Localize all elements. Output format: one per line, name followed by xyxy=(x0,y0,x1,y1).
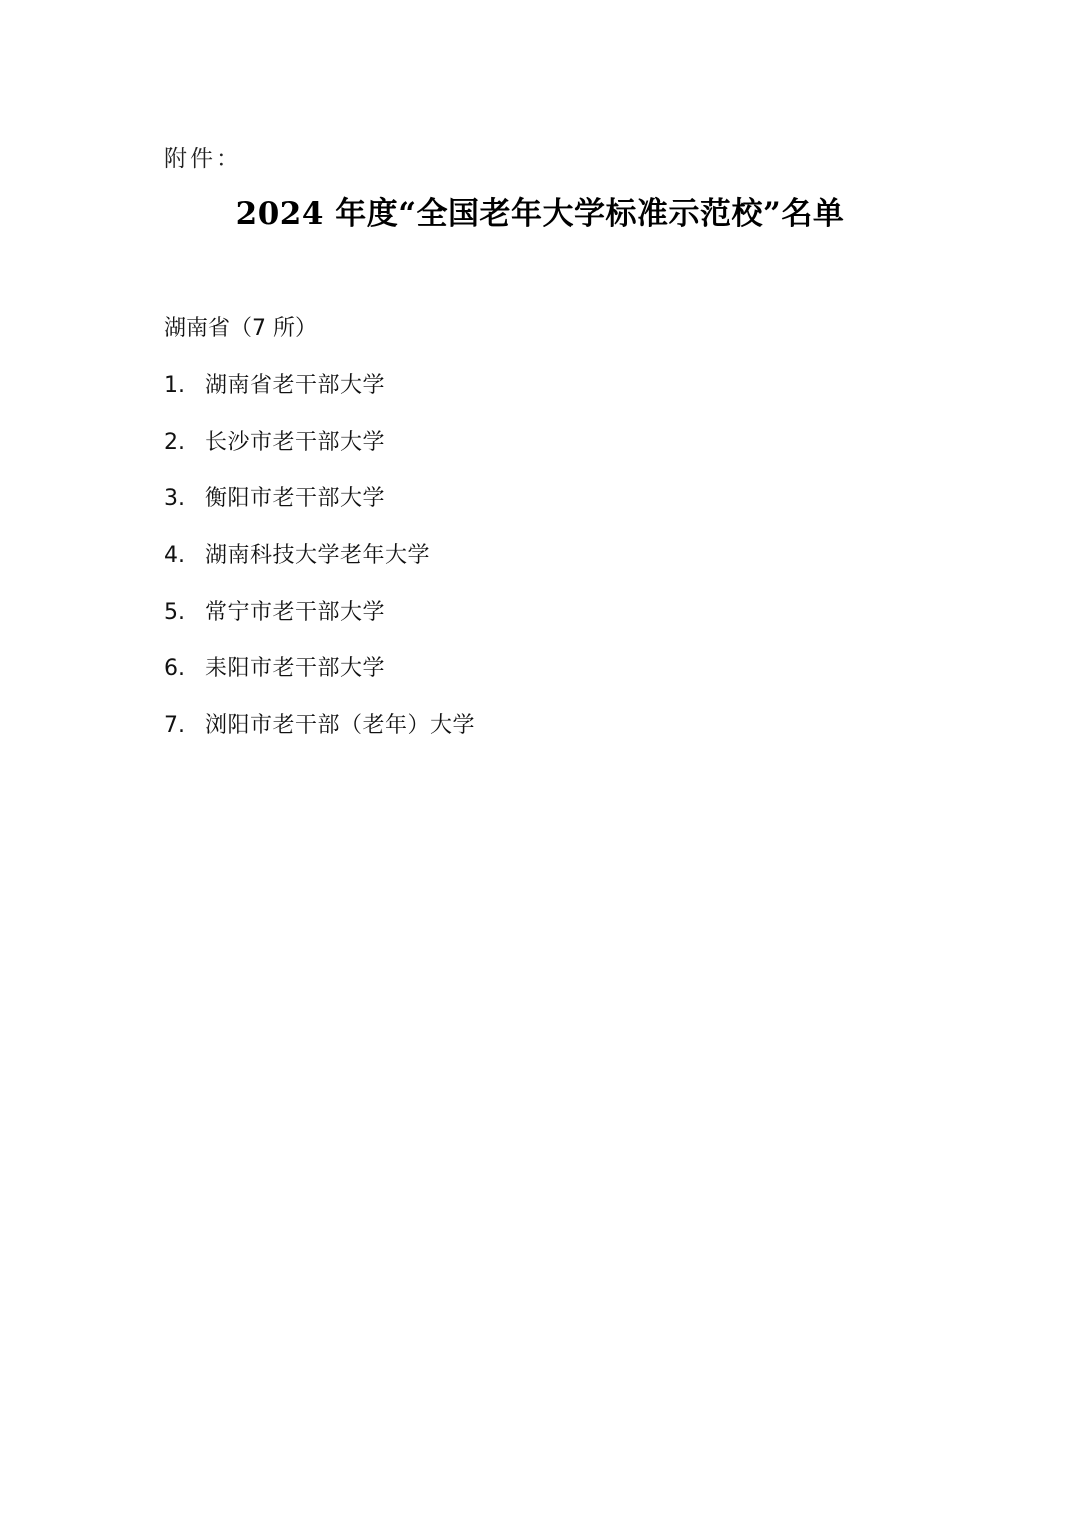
attachment-label: 附件： xyxy=(164,143,242,175)
school-name: 衡阳市老干部大学 xyxy=(205,482,385,516)
school-name: 耒阳市老干部大学 xyxy=(205,652,385,686)
item-number: 4. xyxy=(164,539,205,573)
list-item: 2. 长沙市老干部大学 xyxy=(164,426,475,483)
item-number: 2. xyxy=(164,426,205,460)
school-name: 长沙市老干部大学 xyxy=(205,426,385,460)
list-item: 1. 湖南省老干部大学 xyxy=(164,369,475,426)
province-heading: 湖南省（7 所） xyxy=(164,312,317,346)
item-number: 6. xyxy=(164,652,205,686)
item-number: 5. xyxy=(164,596,205,630)
school-name: 常宁市老干部大学 xyxy=(205,596,385,630)
list-item: 7. 浏阳市老干部（老年）大学 xyxy=(164,709,475,766)
document-title: 2024 年度“全国老年大学标准示范校”名单 xyxy=(0,190,1080,238)
school-name: 浏阳市老干部（老年）大学 xyxy=(205,709,475,743)
school-name: 湖南科技大学老年大学 xyxy=(205,539,430,573)
school-list: 1. 湖南省老干部大学 2. 长沙市老干部大学 3. 衡阳市老干部大学 4. 湖… xyxy=(164,369,475,766)
list-item: 3. 衡阳市老干部大学 xyxy=(164,482,475,539)
item-number: 7. xyxy=(164,709,205,743)
school-name: 湖南省老干部大学 xyxy=(205,369,385,403)
item-number: 3. xyxy=(164,482,205,516)
list-item: 4. 湖南科技大学老年大学 xyxy=(164,539,475,596)
item-number: 1. xyxy=(164,369,205,403)
list-item: 5. 常宁市老干部大学 xyxy=(164,596,475,653)
list-item: 6. 耒阳市老干部大学 xyxy=(164,652,475,709)
